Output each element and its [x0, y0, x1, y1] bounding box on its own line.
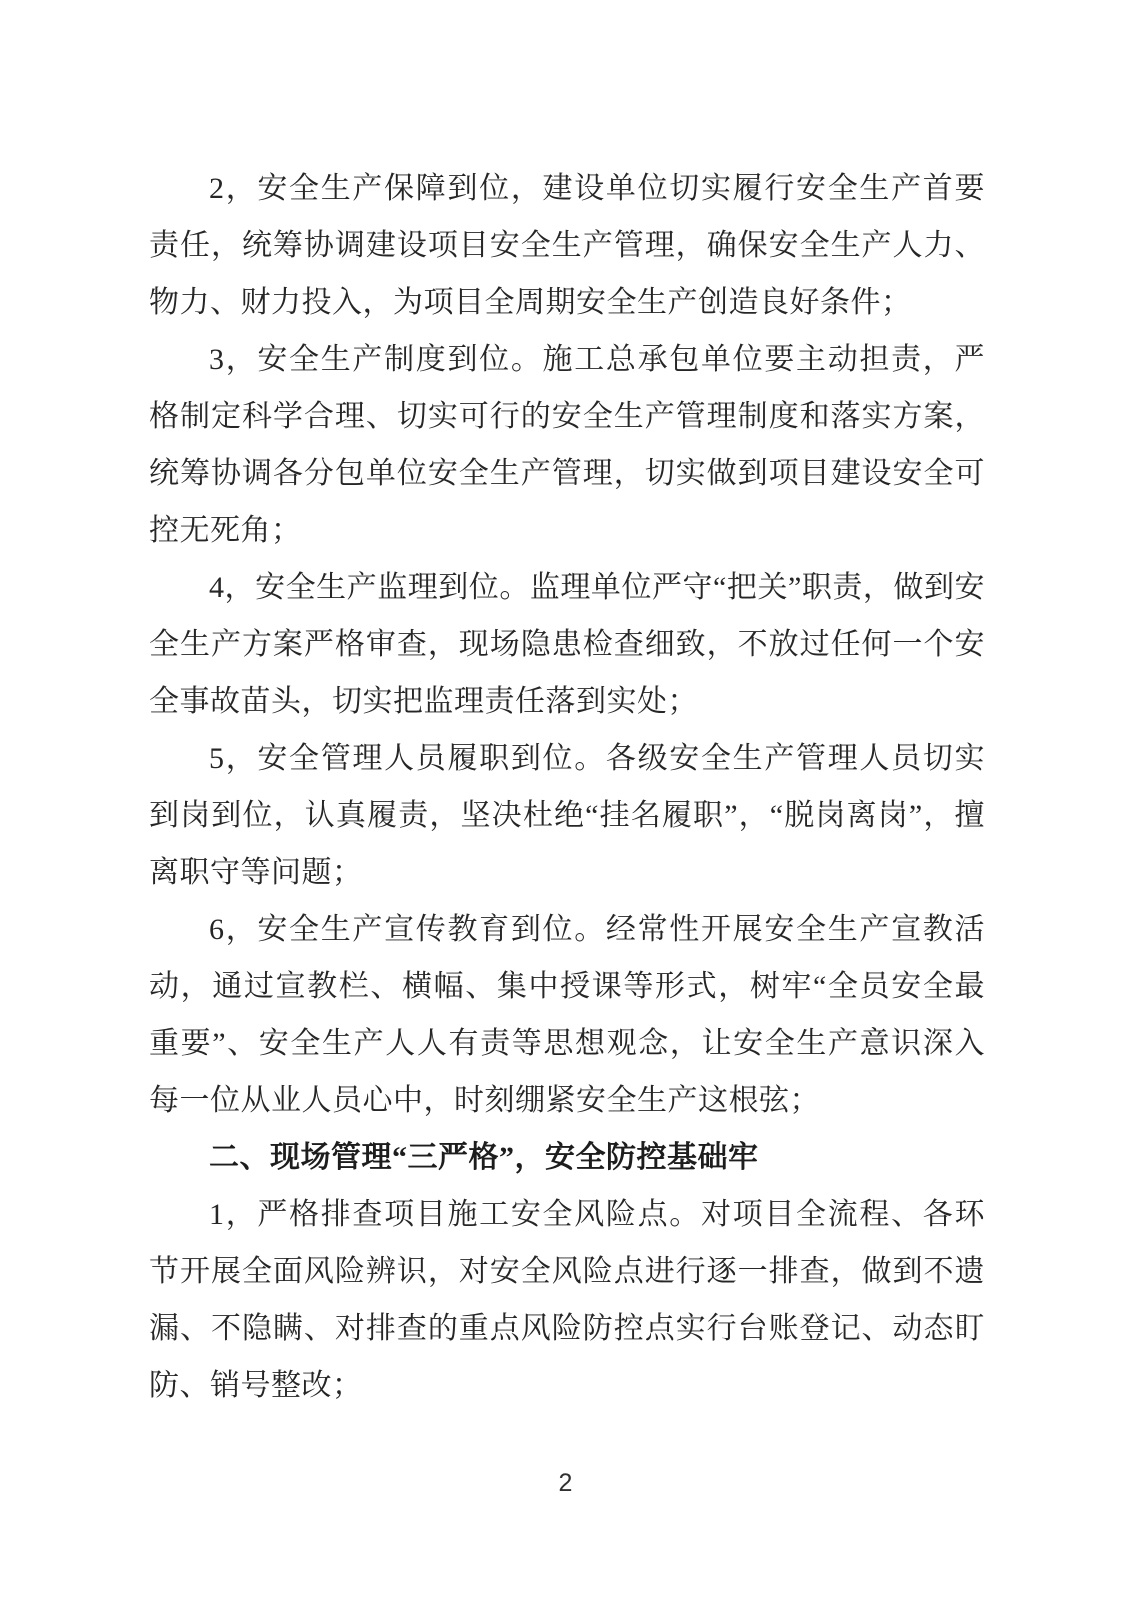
document-body: 2，安全生产保障到位，建设单位切实履行安全生产首要责任，统筹协调建设项目安全生产… [149, 160, 985, 1414]
body-paragraph: 4，安全生产监理到位。监理单位严守“把关”职责，做到安全生产方案严格审查，现场隐… [149, 559, 985, 730]
page-number: 2 [0, 1468, 1131, 1498]
body-paragraph: 5，安全管理人员履职到位。各级安全生产管理人员切实到岗到位，认真履责，坚决杜绝“… [149, 730, 985, 901]
document-page: 2，安全生产保障到位，建设单位切实履行安全生产首要责任，统筹协调建设项目安全生产… [0, 0, 1131, 1600]
section-heading: 二、现场管理“三严格”，安全防控基础牢 [149, 1129, 985, 1186]
body-paragraph: 1，严格排查项目施工安全风险点。对项目全流程、各环节开展全面风险辨识，对安全风险… [149, 1186, 985, 1414]
body-paragraph: 2，安全生产保障到位，建设单位切实履行安全生产首要责任，统筹协调建设项目安全生产… [149, 160, 985, 331]
body-paragraph: 3，安全生产制度到位。施工总承包单位要主动担责，严格制定科学合理、切实可行的安全… [149, 331, 985, 559]
body-paragraph: 6，安全生产宣传教育到位。经常性开展安全生产宣教活动，通过宣教栏、横幅、集中授课… [149, 901, 985, 1129]
